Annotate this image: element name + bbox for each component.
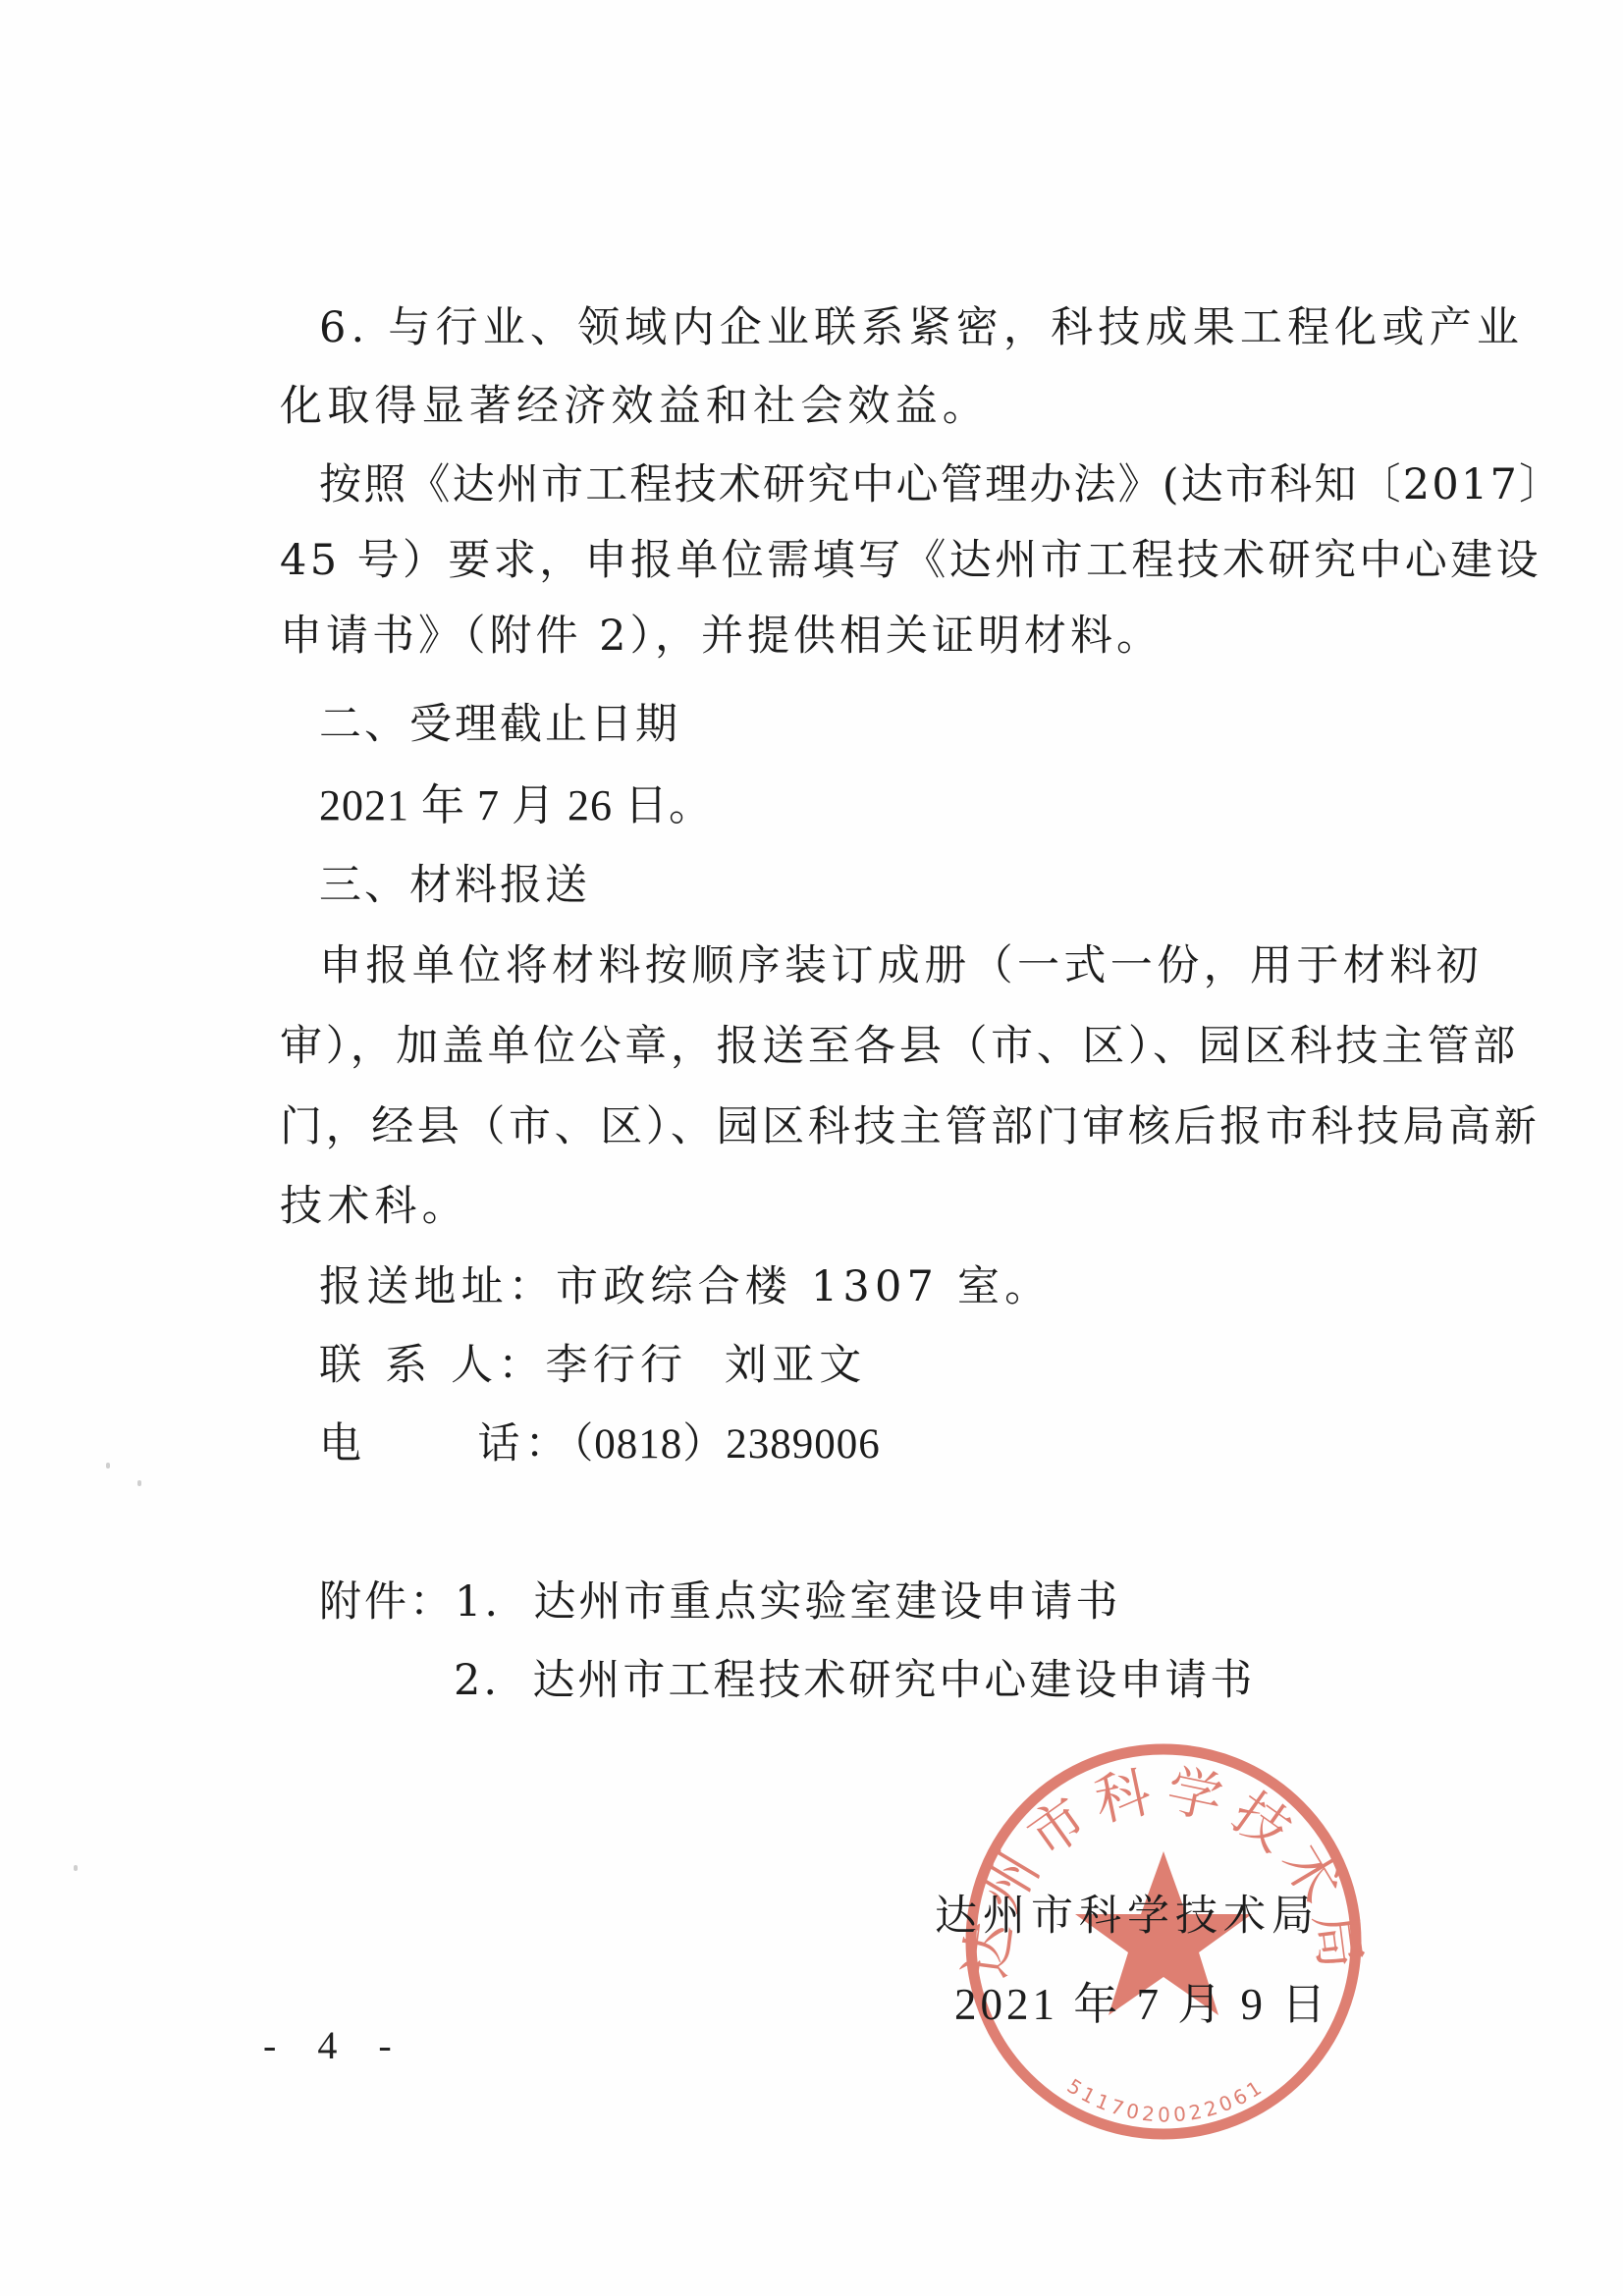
attachment-row-2: 2. 达州市工程技术研究中心建设申请书 xyxy=(454,1655,1255,1706)
section3-heading: 三、材料报送 xyxy=(319,860,590,911)
section2-heading: 二、受理截止日期 xyxy=(319,699,680,750)
attachment-item-2: 2. 达州市工程技术研究中心建设申请书 xyxy=(454,1656,1255,1705)
section3-body-line4: 技术科。 xyxy=(280,1181,469,1232)
attachments-label: 附件： xyxy=(319,1577,455,1627)
section3-body-line2: 审），加盖单位公章，报送至各县（市、区）、园区科技主管部 xyxy=(280,1021,1519,1072)
paragraph-item6-line1: 6. 与行业、领域内企业联系紧密，科技成果工程化或产业 xyxy=(319,302,1524,353)
address-value: 市政综合楼 1307 室。 xyxy=(556,1262,1052,1311)
phone-row: 电 话：（0818）2389006 xyxy=(319,1418,881,1470)
contact-label: 联 系 人： xyxy=(319,1341,546,1390)
deadline-date: 2021 年 7 月 26 日。 xyxy=(319,780,713,831)
attachment-row-1: 附件：1. 达州市重点实验室建设申请书 xyxy=(319,1576,1120,1628)
paragraph-requirement-line3: 申请书》（附件 2），并提供相关证明材料。 xyxy=(280,611,1163,662)
section3-body-line3: 门，经县（市、区）、园区科技主管部门审核后报市科技局高新 xyxy=(280,1101,1540,1152)
page-number: - 4 - xyxy=(263,2022,407,2068)
address-row: 报送地址：市政综合楼 1307 室。 xyxy=(319,1261,1052,1312)
scan-speck xyxy=(74,1865,78,1871)
paragraph-requirement-line2: 45 号）要求，申报单位需填写《达州市工程技术研究中心建设 xyxy=(280,535,1542,586)
paragraph-requirement-line1: 按照《达州市工程技术研究中心管理办法》(达市科知〔2017〕 xyxy=(319,459,1563,510)
scan-speck xyxy=(137,1480,141,1486)
section3-body-line1: 申报单位将材料按顺序装订成册（一式一份，用于材料初 xyxy=(319,940,1483,991)
contact-value: 李行行 刘亚文 xyxy=(546,1341,867,1390)
contact-row: 联 系 人：李行行 刘亚文 xyxy=(319,1340,866,1391)
phone-label: 电 话： xyxy=(319,1419,572,1468)
issue-date: 2021 年 7 月 9 日 xyxy=(954,1968,1329,2032)
phone-value: （0818）2389006 xyxy=(572,1421,881,1468)
issuing-organization: 达州市科学技术局 xyxy=(935,1883,1320,1943)
document-page: 6. 与行业、领域内企业联系紧密，科技成果工程化或产业 化取得显著经济效益和社会… xyxy=(0,0,1623,2296)
attachment-item-1: 1. 达州市重点实验室建设申请书 xyxy=(455,1577,1120,1627)
scan-speck xyxy=(106,1463,110,1468)
address-label: 报送地址： xyxy=(319,1262,556,1311)
paragraph-item6-line2: 化取得显著经济效益和社会效益。 xyxy=(280,381,990,432)
